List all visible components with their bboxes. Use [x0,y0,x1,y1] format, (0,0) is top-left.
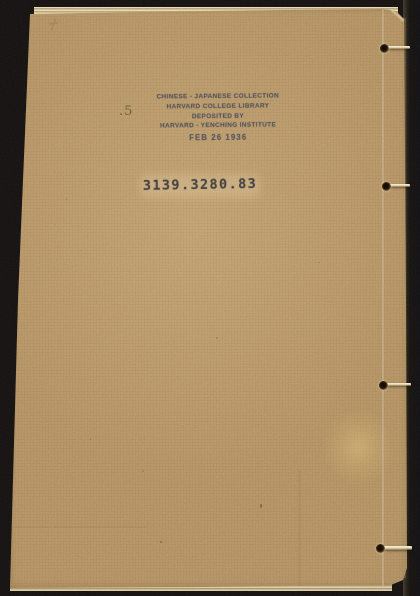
binding-hole [379,381,388,390]
binding-thread-horizontal [382,546,412,550]
binding-thread-horizontal [385,383,411,386]
binding-thread-horizontal [386,46,410,49]
scanned-page-background: .5 CHINESE - JAPANESE COLLECTION HARVARD… [0,0,420,596]
book-cover: .5 CHINESE - JAPANESE COLLECTION HARVARD… [0,0,420,596]
binding-hole [380,44,389,53]
binding-hole [382,182,391,191]
scan-vignette [0,0,420,596]
binding-thread-horizontal [388,184,410,187]
binding-hole [376,544,385,553]
binding-thread-vertical [382,9,384,587]
